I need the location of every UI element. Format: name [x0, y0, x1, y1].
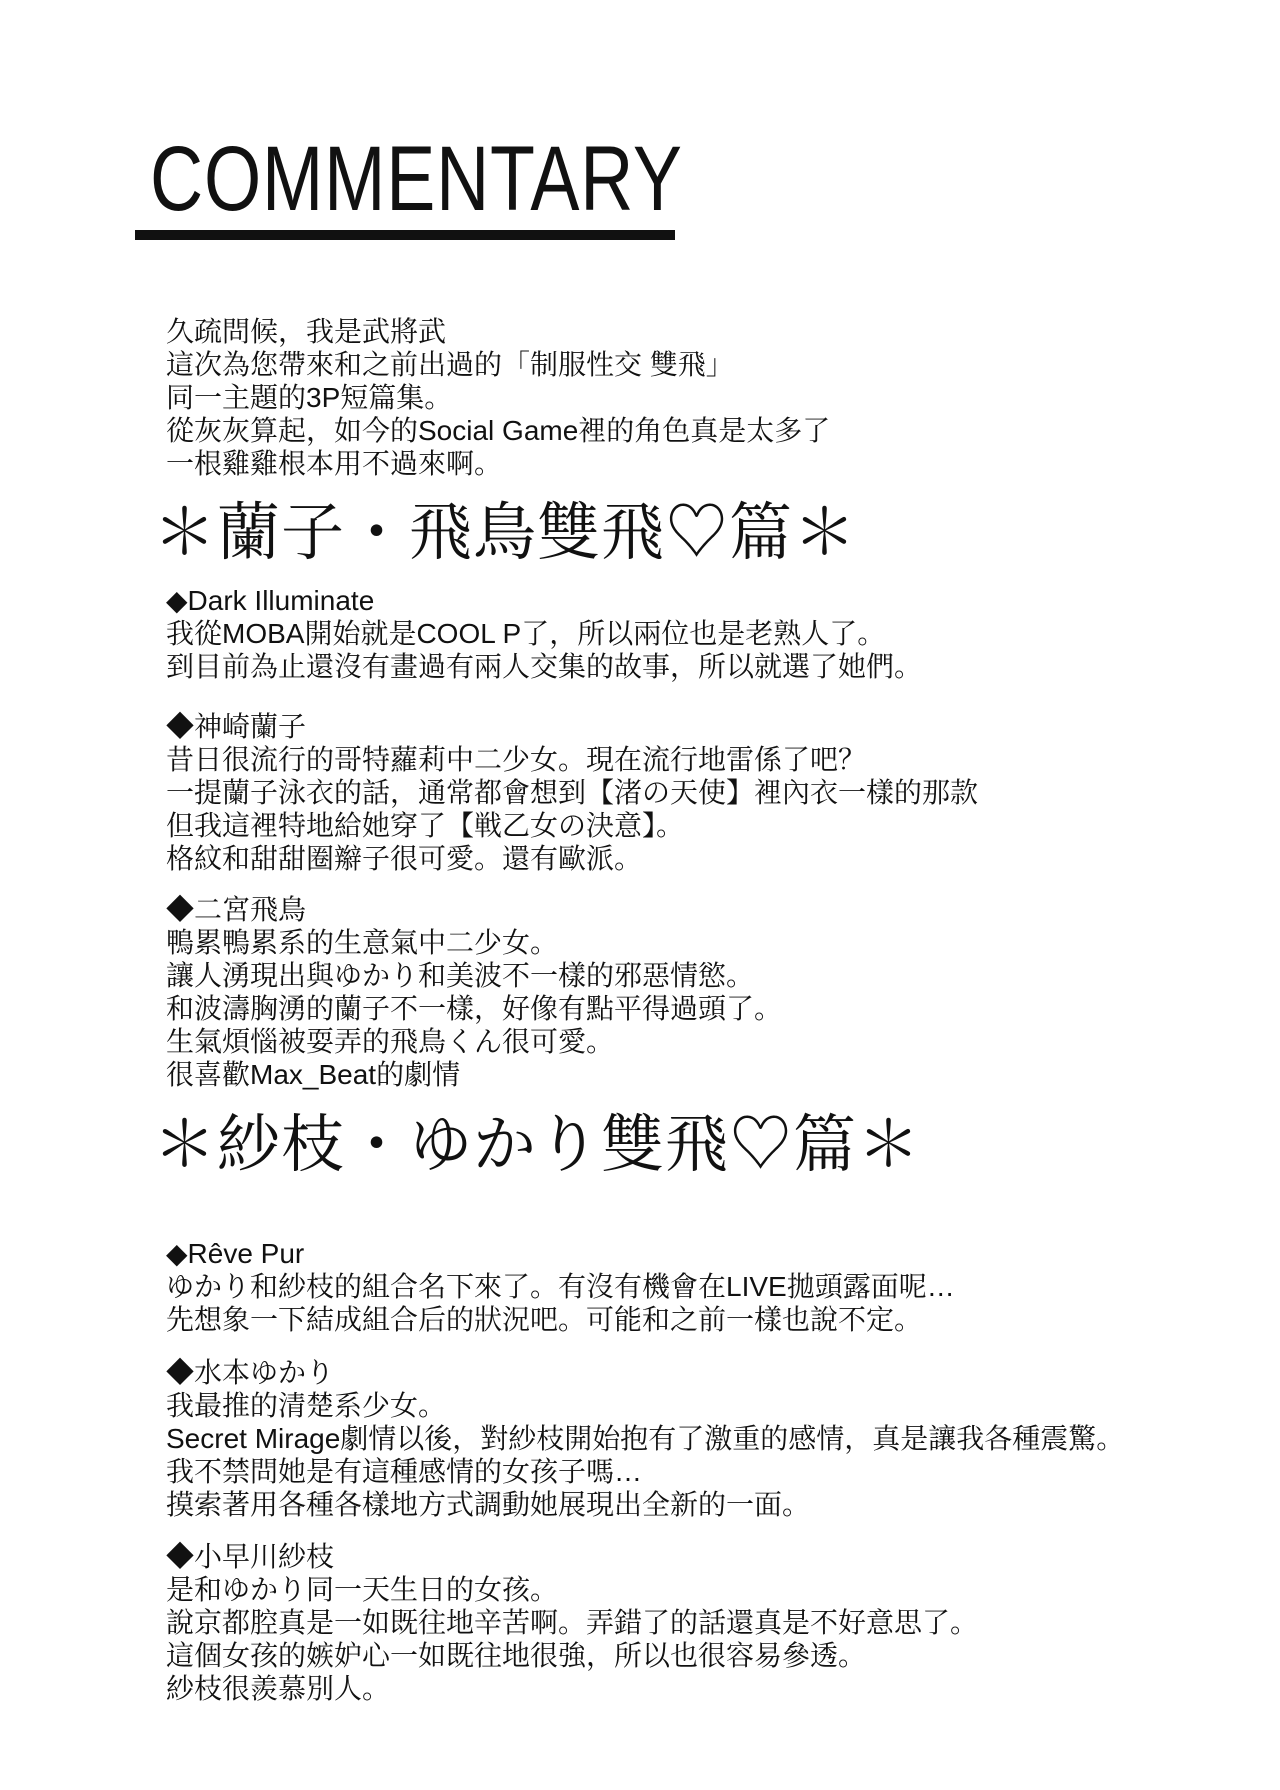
- intro-line: 一根雞雞根本用不過來啊。: [166, 447, 830, 480]
- intro-line: 久疏問候，我是武將武: [166, 315, 830, 348]
- body-line: 和波濤胸湧的蘭子不一樣，好像有點平得過頭了。: [166, 992, 782, 1025]
- body-line: 一提蘭子泳衣的話，通常都會想到【渚の天使】裡內衣一樣的那款: [166, 776, 978, 809]
- body-line: 生氣煩惱被耍弄的飛鳥くん很可愛。: [166, 1025, 782, 1058]
- intro-paragraph: 久疏問候，我是武將武 這次為您帶來和之前出過的「制服性交 雙飛」 同一主題的3P…: [166, 315, 830, 480]
- section-heading-sae-yukari: ＊紗枝・ゆかり雙飛♡篇＊: [153, 1110, 921, 1181]
- commentary-page: COMMENTARY 久疏問候，我是武將武 這次為您帶來和之前出過的「制服性交 …: [0, 0, 1280, 1790]
- body-line: 格紋和甜甜圈辮子很可愛。還有歐派。: [166, 842, 978, 875]
- subsection-header: ◆二宮飛鳥: [166, 893, 782, 926]
- body-line: ゆかり和紗枝的組合名下來了。有沒有機會在LIVE拋頭露面呢…: [166, 1270, 955, 1303]
- body-line: Secret Mirage劇情以後，對紗枝開始抱有了激重的感情，真是讓我各種震驚…: [166, 1422, 1124, 1455]
- body-line: 先想象一下結成組合后的狀況吧。可能和之前一樣也說不定。: [166, 1303, 955, 1336]
- intro-line: 從灰灰算起，如今的Social Game裡的角色真是太多了: [166, 414, 830, 447]
- page-title: COMMENTARY: [150, 133, 683, 225]
- subsection-header: ◆Rêve Pur: [166, 1237, 955, 1270]
- block-dark-illuminate: ◆Dark Illuminate 我從MOBA開始就是COOL P了，所以兩位也…: [166, 584, 922, 683]
- block-reve-pur: ◆Rêve Pur ゆかり和紗枝的組合名下來了。有沒有機會在LIVE拋頭露面呢……: [166, 1237, 955, 1336]
- body-line: 鴨累鴨累系的生意氣中二少女。: [166, 926, 782, 959]
- subsection-header: ◆Dark Illuminate: [166, 584, 922, 617]
- body-line: 但我這裡特地給她穿了【戦乙女の決意】。: [166, 809, 978, 842]
- body-line: 是和ゆかり同一天生日的女孩。: [166, 1573, 978, 1606]
- subsection-header: ◆水本ゆかり: [166, 1356, 1124, 1389]
- body-line: 這個女孩的嫉妒心一如既往地很強，所以也很容易參透。: [166, 1639, 978, 1672]
- body-line: 摸索著用各種各樣地方式調動她展現出全新的一面。: [166, 1488, 1124, 1521]
- title-underline: [135, 230, 675, 240]
- subsection-header: ◆小早川紗枝: [166, 1540, 978, 1573]
- body-line: 到目前為止還沒有畫過有兩人交集的故事，所以就選了她們。: [166, 650, 922, 683]
- body-line: 我最推的清楚系少女。: [166, 1389, 1124, 1422]
- section-heading-ranko-asuka: ＊蘭子・飛鳥雙飛♡篇＊: [153, 498, 857, 569]
- body-line: 讓人湧現出與ゆかり和美波不一樣的邪惡情慾。: [166, 959, 782, 992]
- body-line: 紗枝很羨慕別人。: [166, 1672, 978, 1705]
- body-line: 很喜歡Max_Beat的劇情: [166, 1058, 782, 1091]
- intro-line: 這次為您帶來和之前出過的「制服性交 雙飛」: [166, 348, 830, 381]
- block-ninomiya-asuka: ◆二宮飛鳥 鴨累鴨累系的生意氣中二少女。 讓人湧現出與ゆかり和美波不一樣的邪惡情…: [166, 893, 782, 1091]
- block-kanzaki-ranko: ◆神崎蘭子 昔日很流行的哥特蘿莉中二少女。現在流行地雷係了吧？ 一提蘭子泳衣的話…: [166, 710, 978, 875]
- block-mizumoto-yukari: ◆水本ゆかり 我最推的清楚系少女。 Secret Mirage劇情以後，對紗枝開…: [166, 1356, 1124, 1521]
- body-line: 我從MOBA開始就是COOL P了，所以兩位也是老熟人了。: [166, 617, 922, 650]
- body-line: 說京都腔真是一如既往地辛苦啊。弄錯了的話還真是不好意思了。: [166, 1606, 978, 1639]
- body-line: 昔日很流行的哥特蘿莉中二少女。現在流行地雷係了吧？: [166, 743, 978, 776]
- body-line: 我不禁問她是有這種感情的女孩子嗎…: [166, 1455, 1124, 1488]
- subsection-header: ◆神崎蘭子: [166, 710, 978, 743]
- intro-line: 同一主題的3P短篇集。: [166, 381, 830, 414]
- block-kobayakawa-sae: ◆小早川紗枝 是和ゆかり同一天生日的女孩。 說京都腔真是一如既往地辛苦啊。弄錯了…: [166, 1540, 978, 1705]
